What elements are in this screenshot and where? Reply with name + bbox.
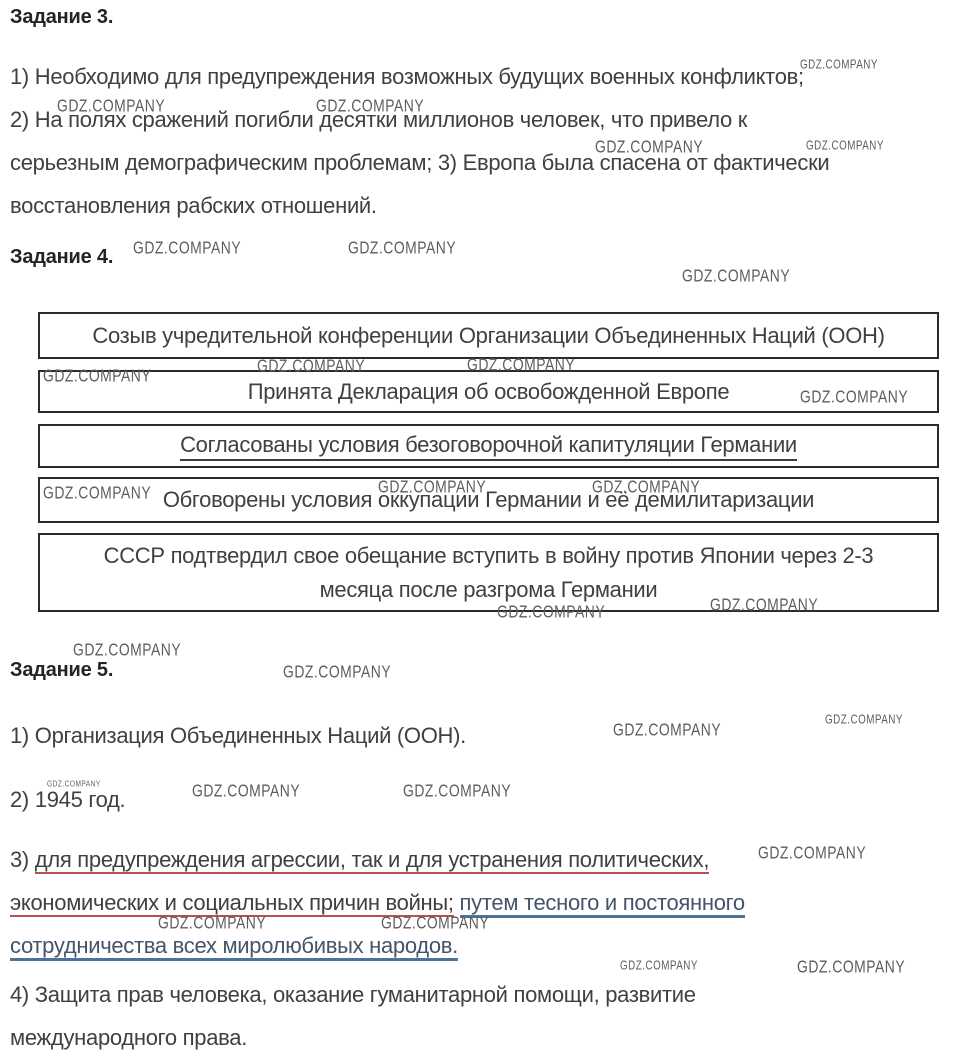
task4-box-5: СССР подтвердил свое обещание вступить в… xyxy=(38,533,939,612)
task4-box-3: Согласованы условия безоговорочной капит… xyxy=(38,424,939,468)
task3-heading: Задание 3. xyxy=(10,6,113,29)
text-line: месяца после разгрома Германии xyxy=(320,573,658,607)
watermark: GDZ.COMPANY xyxy=(825,712,903,727)
watermark: GDZ.COMPANY xyxy=(758,843,866,864)
text-line: восстановления рабских отношений. xyxy=(10,184,829,227)
underlined-text-segment: путем тесного и постоянного xyxy=(460,890,745,918)
task4-box-1: Созыв учредительной конференции Организа… xyxy=(38,312,939,359)
document-page: Задание 3. 1) Необходимо для предупрежде… xyxy=(0,0,956,1064)
task5-item-3: 3) для предупреждения агрессии, так и дл… xyxy=(10,838,745,967)
text-line: 1) Необходимо для предупреждения возможн… xyxy=(10,55,829,98)
text-line: 2) На полях сражений погибли десятки мил… xyxy=(10,98,829,141)
text-line: международного права. xyxy=(10,1016,696,1059)
text-line: экономических и социальных причин войны;… xyxy=(10,881,745,924)
watermark: GDZ.COMPANY xyxy=(682,266,790,287)
task4-box-2-text: Принята Декларация об освобожденной Евро… xyxy=(248,379,730,405)
task4-box-4-text: Обговорены условия оккупации Германии и … xyxy=(163,487,814,513)
task3-answer: 1) Необходимо для предупреждения возможн… xyxy=(10,55,829,227)
watermark: GDZ.COMPANY xyxy=(73,640,181,661)
task4-box-4: Обговорены условия оккупации Германии и … xyxy=(38,477,939,523)
text-line: 1) Организация Объединенных Наций (ООН). xyxy=(10,714,466,757)
task4-box-1-text: Созыв учредительной конференции Организа… xyxy=(92,323,884,349)
watermark: GDZ.COMPANY xyxy=(348,238,456,259)
text-line: сотрудничества всех миролюбивых народов. xyxy=(10,924,745,967)
task5-item-4: 4) Защита прав человека, оказание гумани… xyxy=(10,973,696,1059)
task4-heading: Задание 4. xyxy=(10,246,113,269)
task4-box-3-text: Согласованы условия безоговорочной капит… xyxy=(180,432,797,461)
underlined-text-segment: сотрудничества всех миролюбивых народов. xyxy=(10,933,458,961)
task5-heading: Задание 5. xyxy=(10,659,113,682)
watermark: GDZ.COMPANY xyxy=(283,662,391,683)
text-line: 3) для предупреждения агрессии, так и дл… xyxy=(10,838,745,881)
underlined-text-segment: экономических и социальных причин войны; xyxy=(10,890,454,917)
text-line: 2) 1945 год. xyxy=(10,778,125,821)
watermark: GDZ.COMPANY xyxy=(133,238,241,259)
text-segment: 3) xyxy=(10,847,35,872)
underlined-text-segment: для предупреждения агрессии, так и для у… xyxy=(35,847,709,874)
task5-item-1: 1) Организация Объединенных Наций (ООН). xyxy=(10,714,466,757)
text-segment xyxy=(454,890,460,915)
task5-item-2: 2) 1945 год. xyxy=(10,778,125,821)
watermark: GDZ.COMPANY xyxy=(797,957,905,978)
text-line: СССР подтвердил свое обещание вступить в… xyxy=(104,539,874,573)
task4-box-2: Принята Декларация об освобожденной Евро… xyxy=(38,370,939,413)
watermark: GDZ.COMPANY xyxy=(192,781,300,802)
watermark: GDZ.COMPANY xyxy=(613,720,721,741)
text-line: 4) Защита прав человека, оказание гумани… xyxy=(10,973,696,1016)
text-line: серьезным демографическим проблемам; 3) … xyxy=(10,141,829,184)
watermark: GDZ.COMPANY xyxy=(403,781,511,802)
